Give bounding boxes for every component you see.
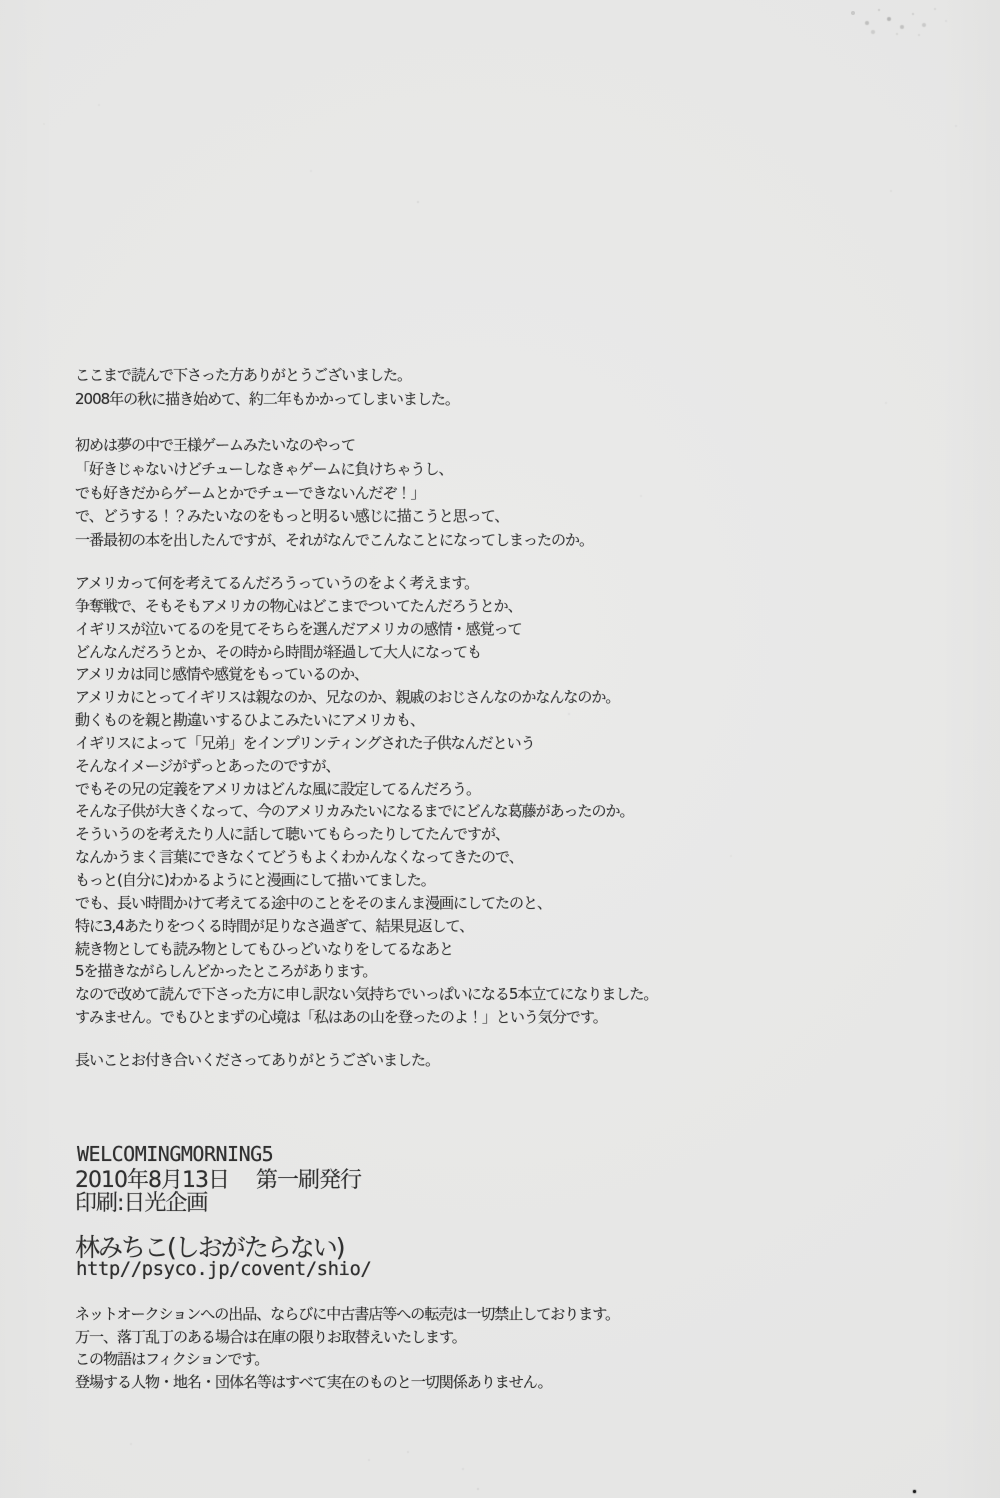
afterword-line: そういうのを考えたり人に話して聴いてもらったりしてたんですが、	[75, 823, 657, 846]
afterword-line: なんかうまく言葉にできなくてどうもよくわかんなくなってきたので、	[75, 846, 657, 869]
ink-dot	[913, 1490, 916, 1493]
afterword-origin-paragraph: 初めは夢の中で王様ゲームみたいなのやって 「好きじゃないけどチューしなきゃゲーム…	[75, 434, 593, 553]
afterword-line: ここまで読んで下さった方ありがとうございました。	[75, 363, 459, 387]
afterword-line: そんなイメージがずっとあったのですが、	[75, 755, 657, 778]
afterword-line: でも好きだからゲームとかでチューできないんだぞ！」	[75, 482, 593, 506]
afterword-line: 「好きじゃないけどチューしなきゃゲームに負けちゃうし、	[75, 458, 593, 482]
afterword-line: イギリスによって「兄弟」をインプリンティングされた子供なんだという	[75, 732, 657, 755]
afterword-line: そんな子供が大きくなって、今のアメリカみたいになるまでにどんな葛藤があったのか。	[75, 800, 657, 823]
afterword-line: アメリカって何を考えてるんだろうっていうのをよく考えます。	[75, 572, 657, 595]
afterword-line: もっと(自分に)わかるようにと漫画にして描いてました。	[75, 869, 657, 892]
website-url: http//psyco.jp/covent/shio/	[76, 1258, 371, 1280]
afterword-line: で、どうする！？みたいなのをもっと明るい感じに描こうと思って、	[75, 505, 593, 529]
afterword-main-paragraph: アメリカって何を考えてるんだろうっていうのをよく考えます。 争奪戦で、そもそもア…	[75, 572, 657, 1029]
afterword-closing: 長いことお付き合いくださってありがとうございました。	[75, 1048, 439, 1072]
afterword-line: 初めは夢の中で王様ゲームみたいなのやって	[75, 434, 593, 458]
afterword-line: でも、長い時間かけて考えてる途中のことをそのまんま漫画にしてたのと、	[75, 892, 657, 915]
afterword-line: 2008年の秋に描き始めて、約二年もかかってしまいました。	[75, 387, 459, 411]
afterword-line: イギリスが泣いてるのを見てそちらを選んだアメリカの感情・感覚って	[75, 618, 657, 641]
scan-noise-specks	[0, 0, 2, 2]
afterword-line: どんなんだろうとか、その時から時間が経過して大人になっても	[75, 641, 657, 664]
legal-notice-line: 登場する人物・地名・団体名等はすべて実在のものと一切関係ありません。	[75, 1371, 619, 1394]
afterword-line: アメリカは同じ感情や感覚をもっているのか、	[75, 663, 657, 686]
legal-notice-line: この物語はフィクションです。	[75, 1348, 619, 1371]
afterword-line: 一番最初の本を出したんですが、それがなんでこんなことになってしまったのか。	[75, 529, 593, 553]
afterword-line: 続き物としても読み物としてもひっどいなりをしてるなあと	[75, 938, 657, 961]
afterword-line: なので改めて読んで下さった方に申し訳ない気持ちでいっぱいになる5本立てになりまし…	[75, 983, 657, 1006]
afterword-line: アメリカにとってイギリスは親なのか、兄なのか、親戚のおじさんなのかなんなのか。	[75, 686, 657, 709]
scanned-afterword-page: ここまで読んで下さった方ありがとうございました。 2008年の秋に描き始めて、約…	[0, 0, 1000, 1498]
legal-notice-line: ネットオークションへの出品、ならびに中古書店等への転売は一切禁止しております。	[75, 1303, 619, 1326]
printer-credit: 印刷:日光企画	[75, 1186, 207, 1217]
legal-notice-line: 万一、落丁乱丁のある場合は在庫の限りお取替えいたします。	[75, 1326, 619, 1349]
afterword-line: 特に3,4あたりをつくる時間が足りなさ過ぎて、結果見返して、	[75, 915, 657, 938]
afterword-line: 長いことお付き合いくださってありがとうございました。	[75, 1048, 439, 1072]
afterword-line: 争奪戦で、そもそもアメリカの物心はどこまでついてたんだろうとか、	[75, 595, 657, 618]
afterword-line: すみません。でもひとまずの心境は「私はあの山を登ったのよ！」という気分です。	[75, 1006, 657, 1029]
afterword-line: 動くものを親と勘違いするひよこみたいにアメリカも、	[75, 709, 657, 732]
afterword-line: 5を描きながらしんどかったところがあります。	[75, 960, 657, 983]
afterword-intro-paragraph: ここまで読んで下さった方ありがとうございました。 2008年の秋に描き始めて、約…	[75, 363, 459, 411]
afterword-line: でもその兄の定義をアメリカはどんな風に設定してるんだろう。	[75, 778, 657, 801]
legal-notice: ネットオークションへの出品、ならびに中古書店等への転売は一切禁止しております。 …	[75, 1303, 619, 1394]
